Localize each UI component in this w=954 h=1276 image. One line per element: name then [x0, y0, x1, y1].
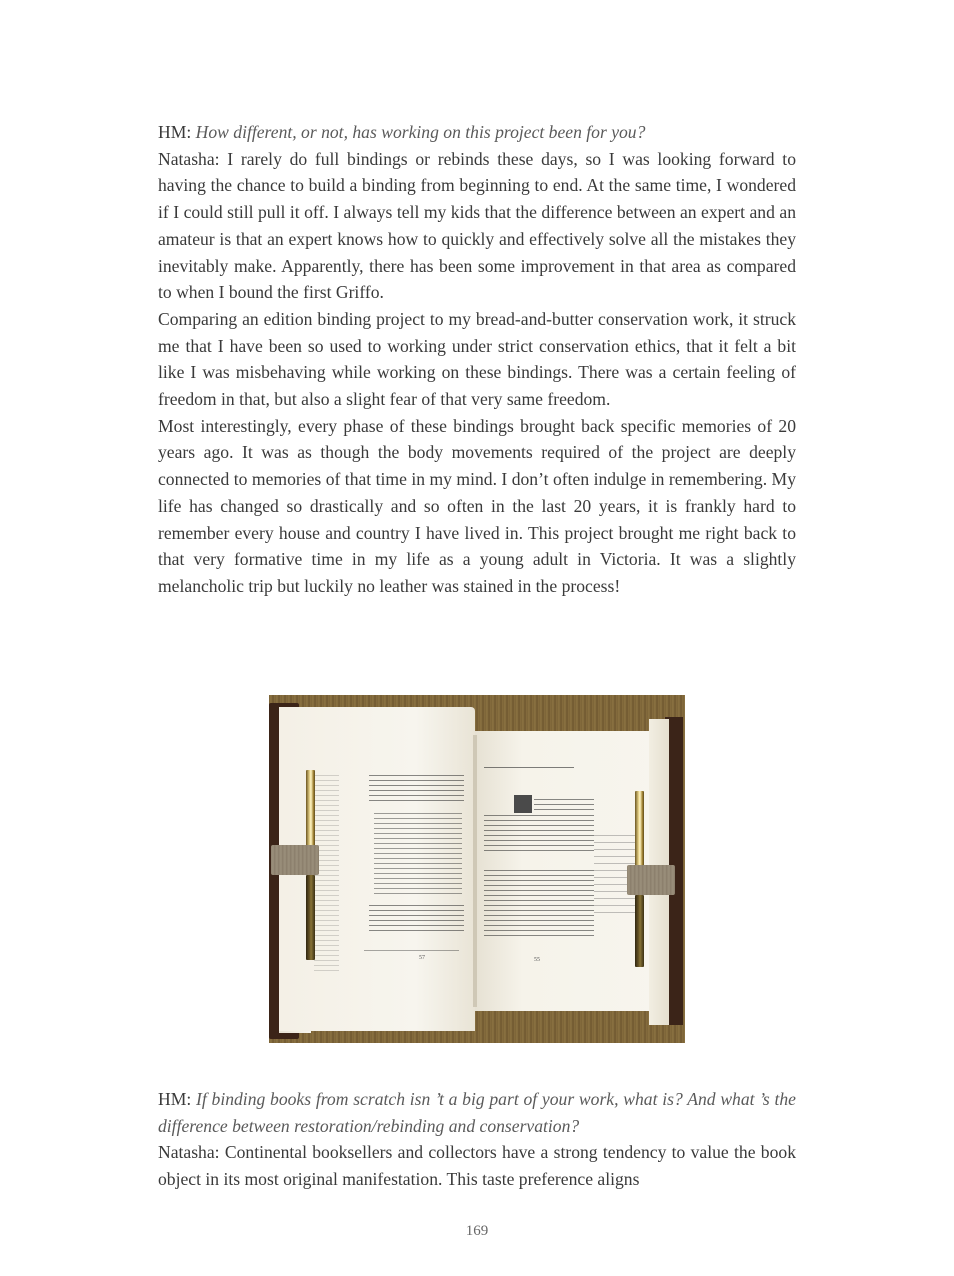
speaker-label: Natasha:	[158, 149, 220, 169]
answer-text: Comparing an edition binding project to …	[158, 309, 796, 409]
answer-paragraph: Comparing an edition binding project to …	[158, 306, 796, 413]
brass-rod-right-lower	[635, 895, 644, 967]
answer-text: I rarely do full bindings or rebinds the…	[158, 149, 796, 303]
brass-rod-right-upper	[635, 791, 644, 871]
speaker-label: HM:	[158, 122, 191, 142]
running-head	[484, 767, 574, 769]
question-paragraph: HM: If binding books from scratch isn ’t…	[158, 1086, 796, 1139]
printed-text-block	[369, 905, 464, 931]
printed-text-block	[484, 870, 594, 940]
caption-line	[364, 950, 459, 953]
question-text: If binding books from scratch isn ’t a b…	[158, 1089, 796, 1136]
answer-text: Continental booksellers and collectors h…	[158, 1142, 796, 1189]
cloth-band-right	[627, 865, 675, 895]
question-text: How different, or not, has working on th…	[196, 122, 646, 142]
page-number: 169	[0, 1223, 954, 1240]
answer-text: Most interestingly, every phase of these…	[158, 416, 796, 596]
printed-text-block	[534, 799, 594, 813]
cloth-band-left	[271, 845, 319, 875]
right-page-number: 55	[534, 957, 540, 963]
interview-text-bottom: HM: If binding books from scratch isn ’t…	[158, 1086, 796, 1193]
answer-paragraph: Natasha: Continental booksellers and col…	[158, 1139, 796, 1192]
printed-text-block	[484, 815, 594, 855]
decorated-initial	[514, 795, 532, 813]
left-page-number: 57	[419, 955, 425, 961]
interview-text-top: HM: How different, or not, has working o…	[158, 119, 796, 600]
brass-rod-left-lower	[306, 875, 315, 960]
brass-rod-left-upper	[306, 770, 315, 850]
question-paragraph: HM: How different, or not, has working o…	[158, 119, 796, 146]
printed-table	[374, 813, 462, 895]
answer-paragraph: Natasha: I rarely do full bindings or re…	[158, 146, 796, 306]
show-through-text	[314, 775, 339, 975]
answer-paragraph: Most interestingly, every phase of these…	[158, 413, 796, 600]
book-photo: 57 55	[269, 695, 685, 1043]
speaker-label: Natasha:	[158, 1142, 220, 1162]
book-gutter	[473, 735, 477, 1007]
speaker-label: HM:	[158, 1089, 191, 1109]
printed-text-block	[369, 775, 464, 805]
